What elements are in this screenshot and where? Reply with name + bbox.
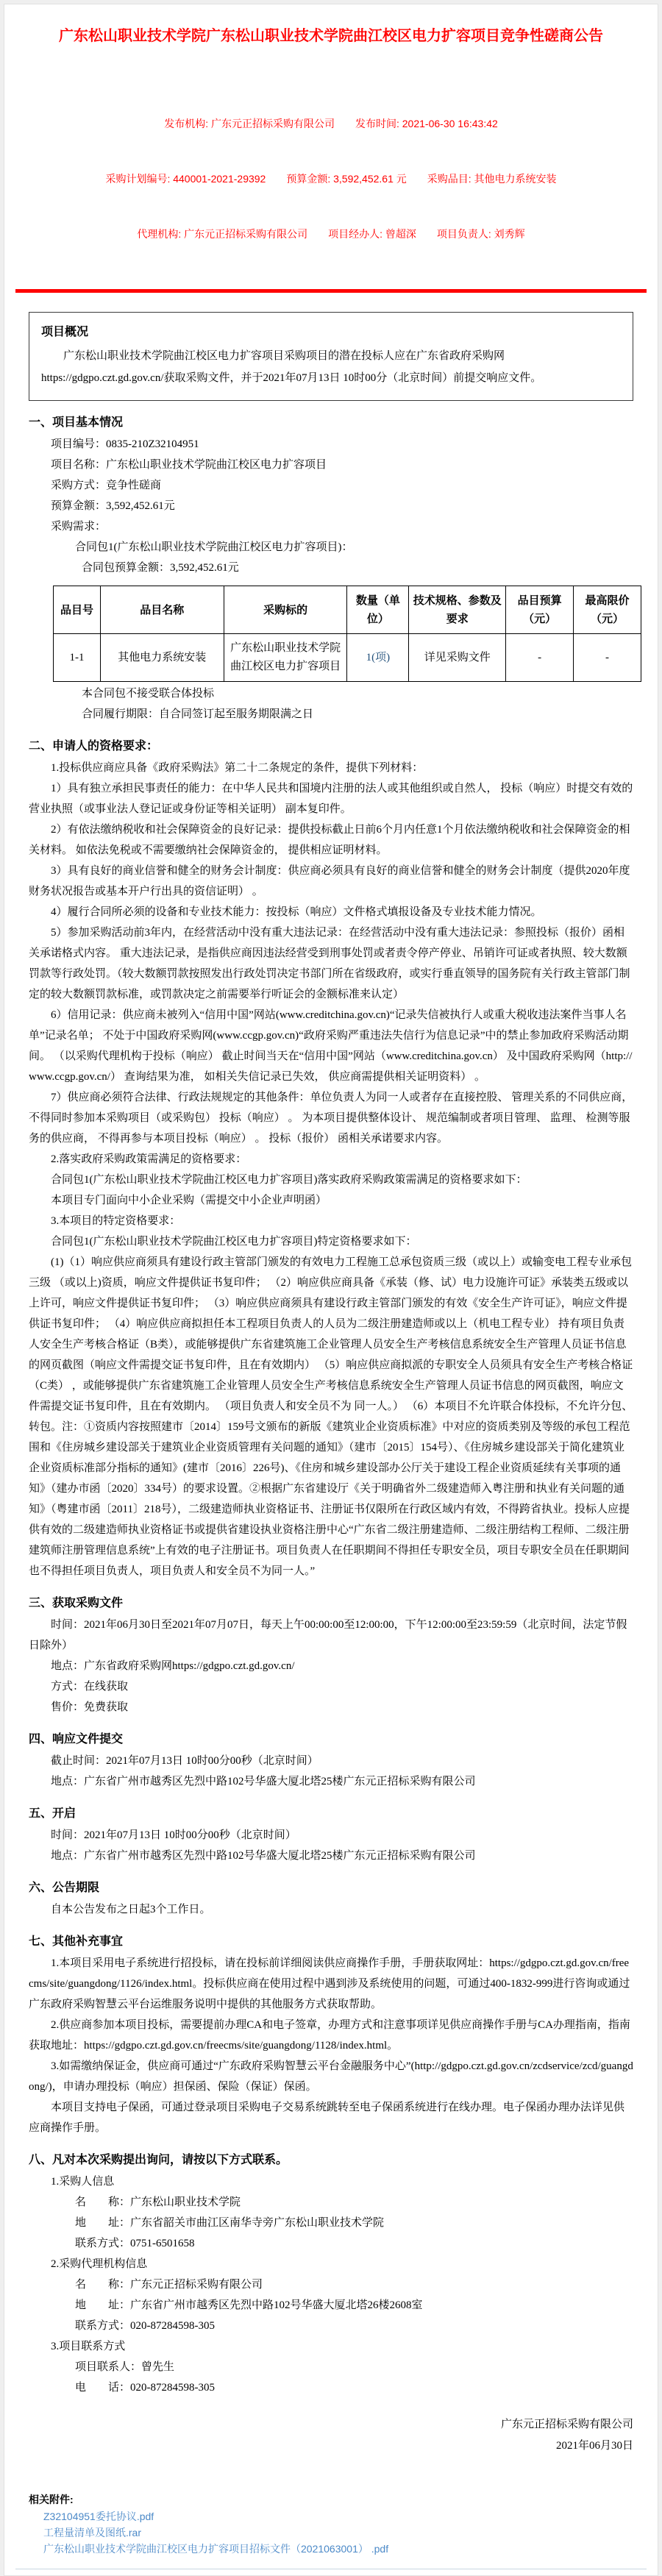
para: 2.供应商参加本项目投标，需要提前办理CA和电子签章，办理方式和注意事项详见供应… <box>29 2015 633 2056</box>
para: (1)（1）响应供应商须具有建设行政主管部门颁发的有效电力工程施工总承包资质三级… <box>29 1252 633 1581</box>
budget-amount: 预算金额：3,592,452.61元 <box>29 496 633 516</box>
cell-spec: 详见采购文件 <box>409 634 506 682</box>
col-item-budget: 品目预算（元） <box>506 586 574 634</box>
contract-package-line: 合同包1(广东松山职业技术学院曲江校区电力扩容项目)： <box>29 537 633 558</box>
announcement-page: 广东松山职业技术学院广东松山职业技术学院曲江校区电力扩容项目竞争性磋商公告 发布… <box>4 4 658 2576</box>
attachment-link-agreement-pdf[interactable]: Z32104951委托协议.pdf <box>43 2508 633 2525</box>
para: 4）履行合同所必须的设备和专业技术能力：按投标（响应）文件格式填报设备及专业技术… <box>29 902 633 922</box>
attachment-link-bidding-document-pdf[interactable]: 广东松山职业技术学院曲江校区电力扩容项目招标文件（2021063001） .pd… <box>43 2541 633 2557</box>
buyer-phone: 联系方式：0751-6501658 <box>29 2233 633 2254</box>
obtain-time: 时间：2021年06月30日至2021年07月07日，每天上午00:00:00至… <box>29 1615 633 1656</box>
bottom-divider <box>15 2569 647 2569</box>
col-price-cap: 最高限价（元） <box>574 586 641 634</box>
cell-item-no: 1-1 <box>54 634 101 682</box>
cell-subject: 广东松山职业技术学院曲江校区电力扩容项目 <box>224 634 347 682</box>
section-heading-qualifications: 二、申请人的资格要求： <box>29 736 633 753</box>
section-heading-submission: 四、响应文件提交 <box>29 1729 633 1746</box>
para: 本项目支持电子保函，可通过登录项目采购电子交易系统跳转至电子保函系统进行在线办理… <box>29 2097 633 2138</box>
signature-block: 广东元正招标采购有限公司 2021年06月30日 <box>29 2414 633 2457</box>
project-contact-title: 3.项目联系方式 <box>29 2336 633 2357</box>
procurement-demand-label: 采购需求： <box>29 516 633 537</box>
para: 合同包1(广东松山职业技术学院曲江校区电力扩容项目)落实政府采购政策需满足的资格… <box>29 1170 633 1190</box>
note-no-consortium: 本合同包不接受联合体投标 <box>29 683 633 704</box>
meta-line-agency-staff: 代理机构: 广东元正招标采购有限公司 项目经办人: 曾超深 项目负责人: 刘秀辉 <box>4 225 658 243</box>
attachments-block: 相关附件: Z32104951委托协议.pdf 工程量清单及图纸.rar 广东松… <box>29 2491 633 2557</box>
obtain-method: 方式：在线获取 <box>29 1676 633 1697</box>
para: 2.落实政府采购政策需满足的资格要求： <box>29 1149 633 1170</box>
section-heading-contact: 八、凡对本次采购提出询问，请按以下方式联系。 <box>29 2150 633 2167</box>
para: 本项目专门面向中小企业采购（需提交中小企业声明函） <box>29 1190 633 1211</box>
agent-address: 地 址：广东省广州市越秀区先烈中路102号华盛大厦北塔26楼2608室 <box>29 2295 633 2316</box>
item-table: 品目号 品目名称 采购标的 数量（单位） 技术规格、参数及要求 品目预算（元） … <box>53 586 641 682</box>
opening-time: 时间：2021年07月13日 10时00分00秒（北京时间） <box>29 1825 633 1846</box>
buyer-info-title: 1.采购人信息 <box>29 2171 633 2192</box>
para: 1）具有独立承担民事责任的能力：在中华人民共和国境内注册的法人或其他组织或自然人… <box>29 778 633 819</box>
project-contact-person: 项目联系人：曾先生 <box>29 2357 633 2377</box>
para: 2）有依法缴纳税收和社会保障资金的良好记录：提供投标截止日前6个月内任意1个月依… <box>29 819 633 861</box>
project-number: 项目编号：0835-210Z32104951 <box>29 434 633 455</box>
cell-item-budget: - <box>506 634 574 682</box>
para: 1.投标供应商应具备《政府采购法》第二十二条规定的条件，提供下列材料： <box>29 758 633 778</box>
col-subject: 采购标的 <box>224 586 347 634</box>
contract-package-budget: 合同包预算金额：3,592,452.61元 <box>29 558 633 578</box>
col-quantity: 数量（单位） <box>347 586 409 634</box>
cell-item-name: 其他电力系统安装 <box>100 634 224 682</box>
table-row: 1-1 其他电力系统安装 广东松山职业技术学院曲江校区电力扩容项目 1(项) 详… <box>54 634 641 682</box>
meta-block: 发布机构: 广东元正招标采购有限公司 发布时间: 2021-06-30 16:4… <box>4 78 658 280</box>
meta-line-plan-budget: 采购计划编号: 440001-2021-29392 预算金额: 3,592,45… <box>4 170 658 188</box>
project-overview-box: 项目概况 广东松山职业技术学院曲江校区电力扩容项目采购项目的潜在投标人应在广东省… <box>29 312 633 401</box>
para: 3.如需缴纳保证金，供应商可通过“广东政府采购智慧云平台金融服务中心”(http… <box>29 2056 633 2097</box>
col-item-name: 品目名称 <box>100 586 224 634</box>
obtain-place: 地点：广东省政府采购网https://gdgpo.czt.gd.gov.cn/ <box>29 1656 633 1676</box>
signature-date: 2021年06月30日 <box>29 2436 633 2457</box>
cell-quantity: 1(项) <box>347 634 409 682</box>
section-heading-announcement-period: 六、公告期限 <box>29 1878 633 1895</box>
para: 合同包1(广东松山职业技术学院曲江校区电力扩容项目)特定资格要求如下： <box>29 1231 633 1252</box>
attachments-label: 相关附件: <box>29 2491 633 2508</box>
para: 7）供应商必须符合法律、行政法规规定的其他条件：单位负责人为同一人或者存在直接控… <box>29 1087 633 1149</box>
buyer-address: 地 址：广东省韶关市曲江区南华寺旁广东松山职业技术学院 <box>29 2213 633 2233</box>
note-contract-term: 合同履行期限：自合同签订起至服务期限满之日 <box>29 704 633 725</box>
opening-place: 地点：广东省广州市越秀区先烈中路102号华盛大厦北塔25楼广东元正招标采购有限公… <box>29 1846 633 1866</box>
col-spec: 技术规格、参数及要求 <box>409 586 506 634</box>
para: 6）信用记录：供应商未被列入“信用中国”网站(www.creditchina.g… <box>29 1005 633 1087</box>
cell-price-cap: - <box>574 634 641 682</box>
overview-heading: 项目概况 <box>41 322 621 339</box>
page-title: 广东松山职业技术学院广东松山职业技术学院曲江校区电力扩容项目竞争性磋商公告 <box>26 25 636 47</box>
item-table-header-row: 品目号 品目名称 采购标的 数量（单位） 技术规格、参数及要求 品目预算（元） … <box>54 586 641 634</box>
agent-phone: 联系方式：020-87284598-305 <box>29 2316 633 2336</box>
buyer-name: 名 称：广东松山职业技术学院 <box>29 2192 633 2213</box>
procurement-method: 采购方式：竞争性磋商 <box>29 475 633 496</box>
submission-deadline: 截止时间：2021年07月13日 10时00分00秒（北京时间） <box>29 1751 633 1771</box>
agent-name: 名 称：广东元正招标采购有限公司 <box>29 2274 633 2295</box>
project-name: 项目名称：广东松山职业技术学院曲江校区电力扩容项目 <box>29 455 633 475</box>
col-item-no: 品目号 <box>54 586 101 634</box>
announcement-period: 自本公告发布之日起3个工作日。 <box>29 1899 633 1920</box>
section-heading-basic-info: 一、项目基本情况 <box>29 413 633 430</box>
section-heading-opening: 五、开启 <box>29 1804 633 1821</box>
document-body: 项目概况 广东松山职业技术学院曲江校区电力扩容项目采购项目的潜在投标人应在广东省… <box>4 312 658 2557</box>
red-divider <box>15 289 647 293</box>
overview-paragraph: 广东松山职业技术学院曲江校区电力扩容项目采购项目的潜在投标人应在广东省政府采购网… <box>41 345 621 389</box>
submission-place: 地点：广东省广州市越秀区先烈中路102号华盛大厦北塔25楼广东元正招标采购有限公… <box>29 1771 633 1792</box>
section-heading-supplementary: 七、其他补充事宜 <box>29 1932 633 1949</box>
meta-line-publisher: 发布机构: 广东元正招标采购有限公司 发布时间: 2021-06-30 16:4… <box>4 115 658 133</box>
attachment-link-boq-drawings-rar[interactable]: 工程量清单及图纸.rar <box>43 2525 633 2541</box>
obtain-price: 售价：免费获取 <box>29 1697 633 1718</box>
para: 5）参加采购活动前3年内，在经营活动中没有重大违法记录：在经营活动中没有重大违法… <box>29 922 633 1005</box>
para: 3）具有良好的商业信誉和健全的财务会计制度：供应商必须具有良好的商业信誉和健全的… <box>29 861 633 902</box>
section-heading-obtain-documents: 三、获取采购文件 <box>29 1593 633 1610</box>
para: 1.本项目采用电子系统进行招投标，请在投标前详细阅读供应商操作手册，手册获取网址… <box>29 1953 633 2015</box>
project-contact-phone: 电 话：020-87284598-305 <box>29 2377 633 2398</box>
agent-info-title: 2.采购代理机构信息 <box>29 2254 633 2274</box>
para: 3.本项目的特定资格要求： <box>29 1211 633 1231</box>
signature-org: 广东元正招标采购有限公司 <box>29 2414 633 2436</box>
